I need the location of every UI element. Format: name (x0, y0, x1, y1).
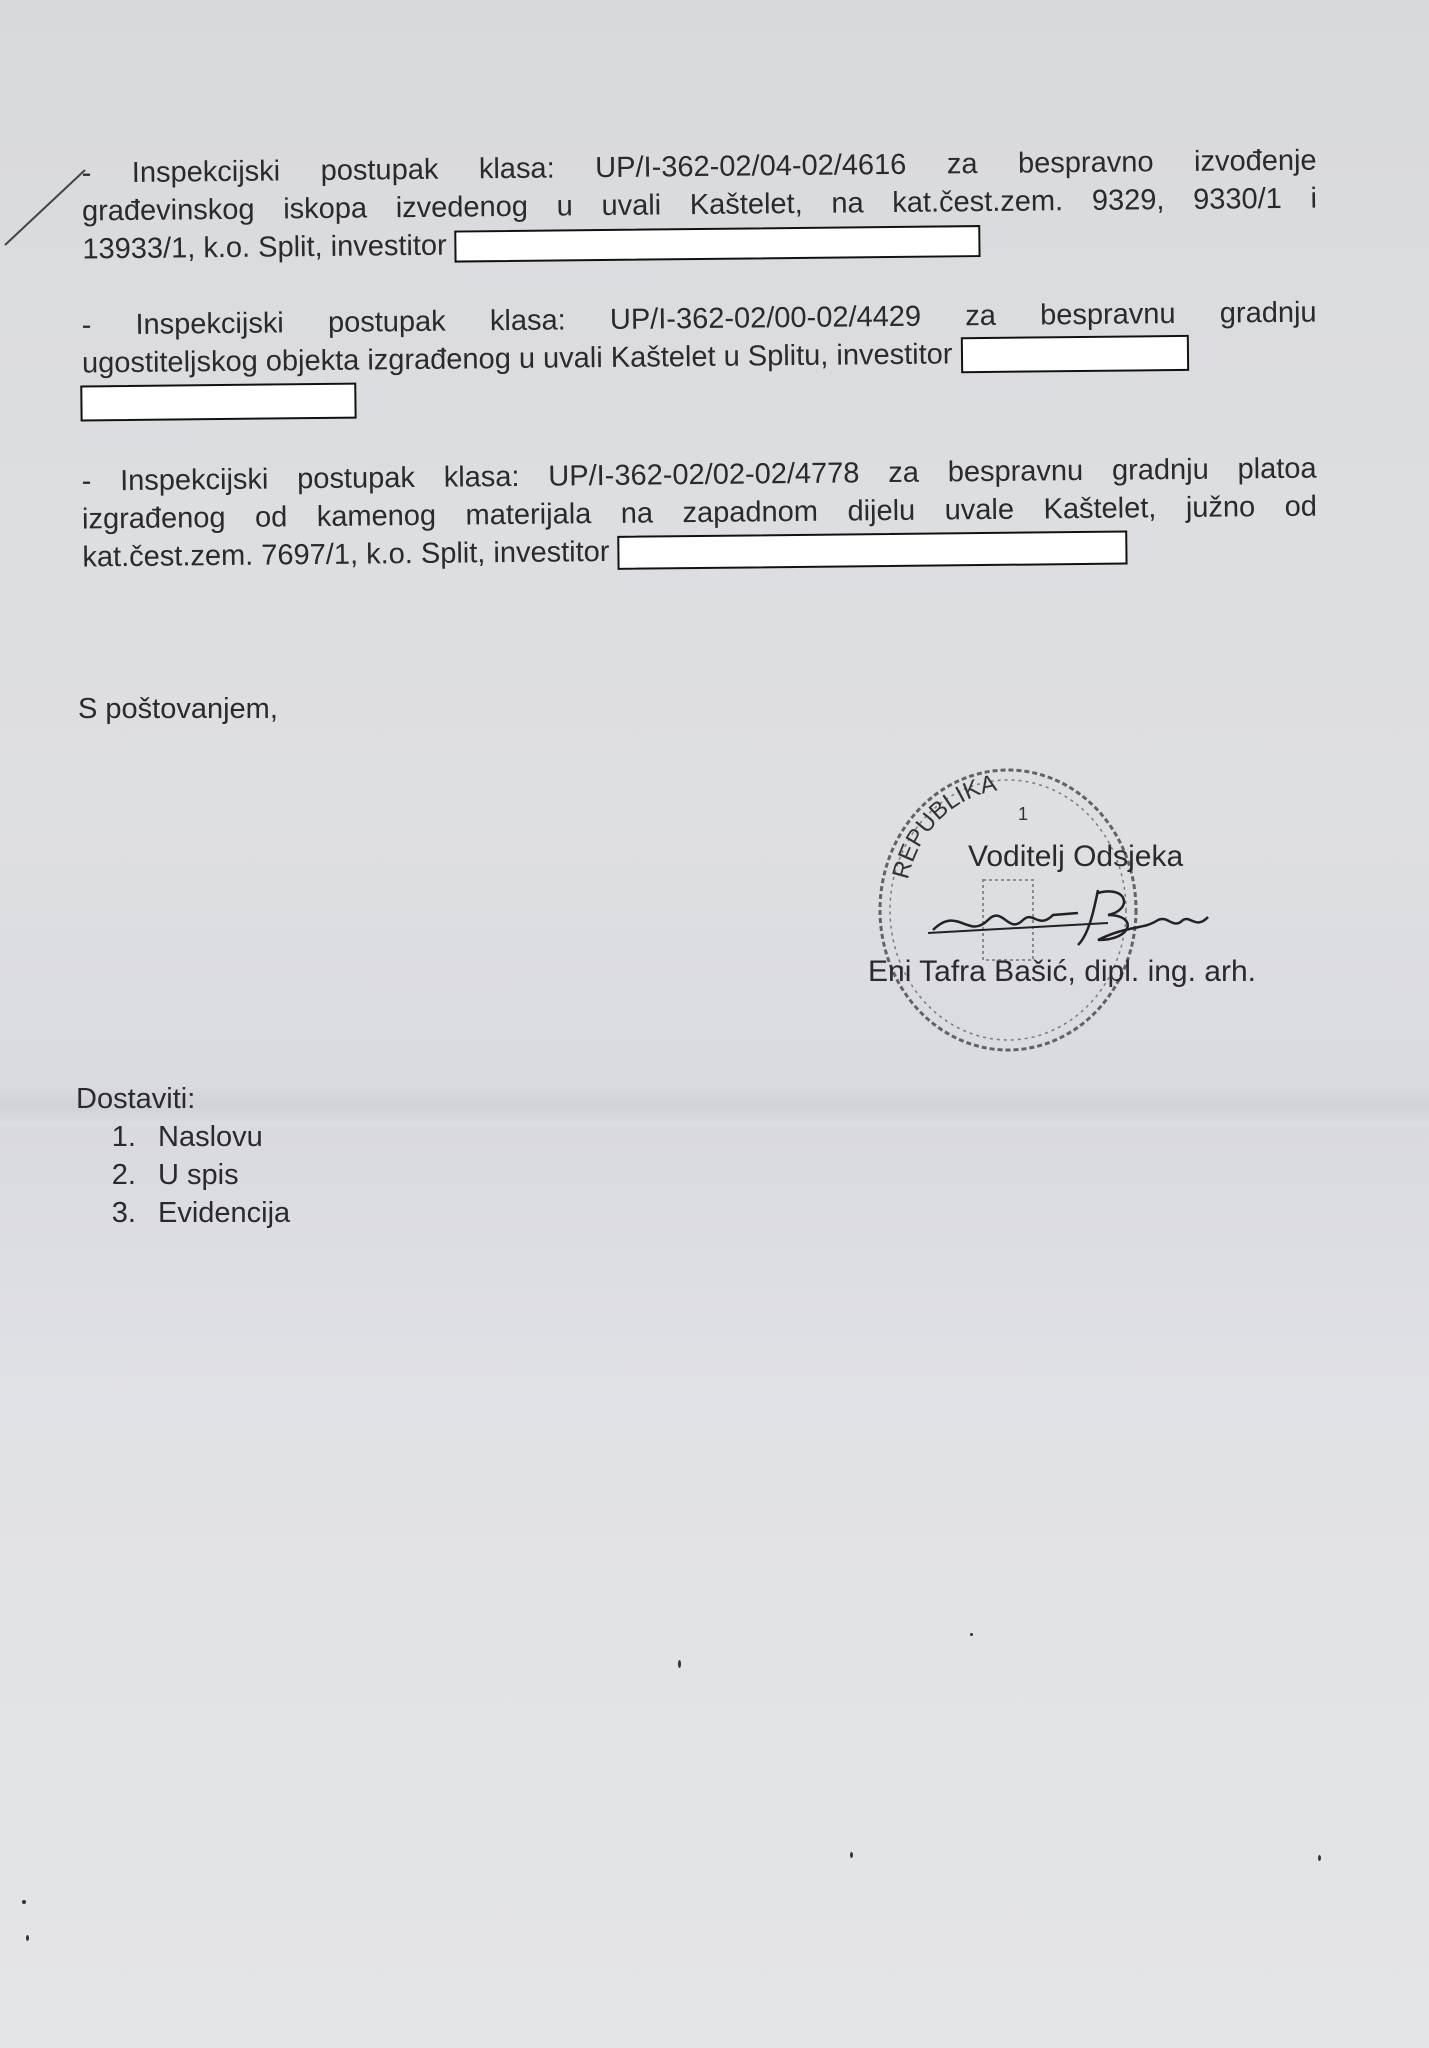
redaction-box (960, 335, 1188, 373)
delivery-item: U spis (144, 1156, 290, 1194)
speck (850, 1852, 853, 1858)
signatory-title: Voditelj Odsjeka (968, 840, 1183, 874)
speck (26, 1935, 29, 1941)
procedure-item-3: - Inspekcijski postupak klasa: UP/I-362-… (81, 450, 1317, 577)
redaction-box (617, 531, 1127, 570)
signatory-name: Eni Tafra Bašić, dipl. ing. arh. (868, 955, 1256, 989)
signature-block: REPUBLIKA 1 Voditelj Odsjeka Eni Tafra B… (868, 760, 1328, 1070)
closing-salutation: S poštovanjem, (78, 693, 278, 726)
procedure-item-1: - Inspekcijski postupak klasa: UP/I-362-… (81, 142, 1317, 269)
delivery-list: Dostaviti: Naslovu U spis Evidencija (76, 1080, 290, 1232)
redaction-box (455, 225, 981, 263)
speck (678, 1660, 681, 1668)
handwritten-signature-icon (928, 885, 1228, 955)
delivery-heading: Dostaviti: (76, 1080, 290, 1118)
speck (1318, 1855, 1321, 1861)
delivery-item: Evidencija (144, 1194, 290, 1232)
document-page: - Inspekcijski postupak klasa: UP/I-362-… (0, 0, 1429, 2048)
speck (970, 1633, 973, 1636)
procedure-item-2: - Inspekcijski postupak klasa: UP/I-362-… (81, 294, 1317, 422)
speck (22, 1900, 26, 1904)
redaction-box (80, 382, 356, 421)
svg-text:1: 1 (1018, 804, 1028, 824)
delivery-item: Naslovu (144, 1118, 290, 1156)
pen-mark-icon (0, 160, 90, 250)
